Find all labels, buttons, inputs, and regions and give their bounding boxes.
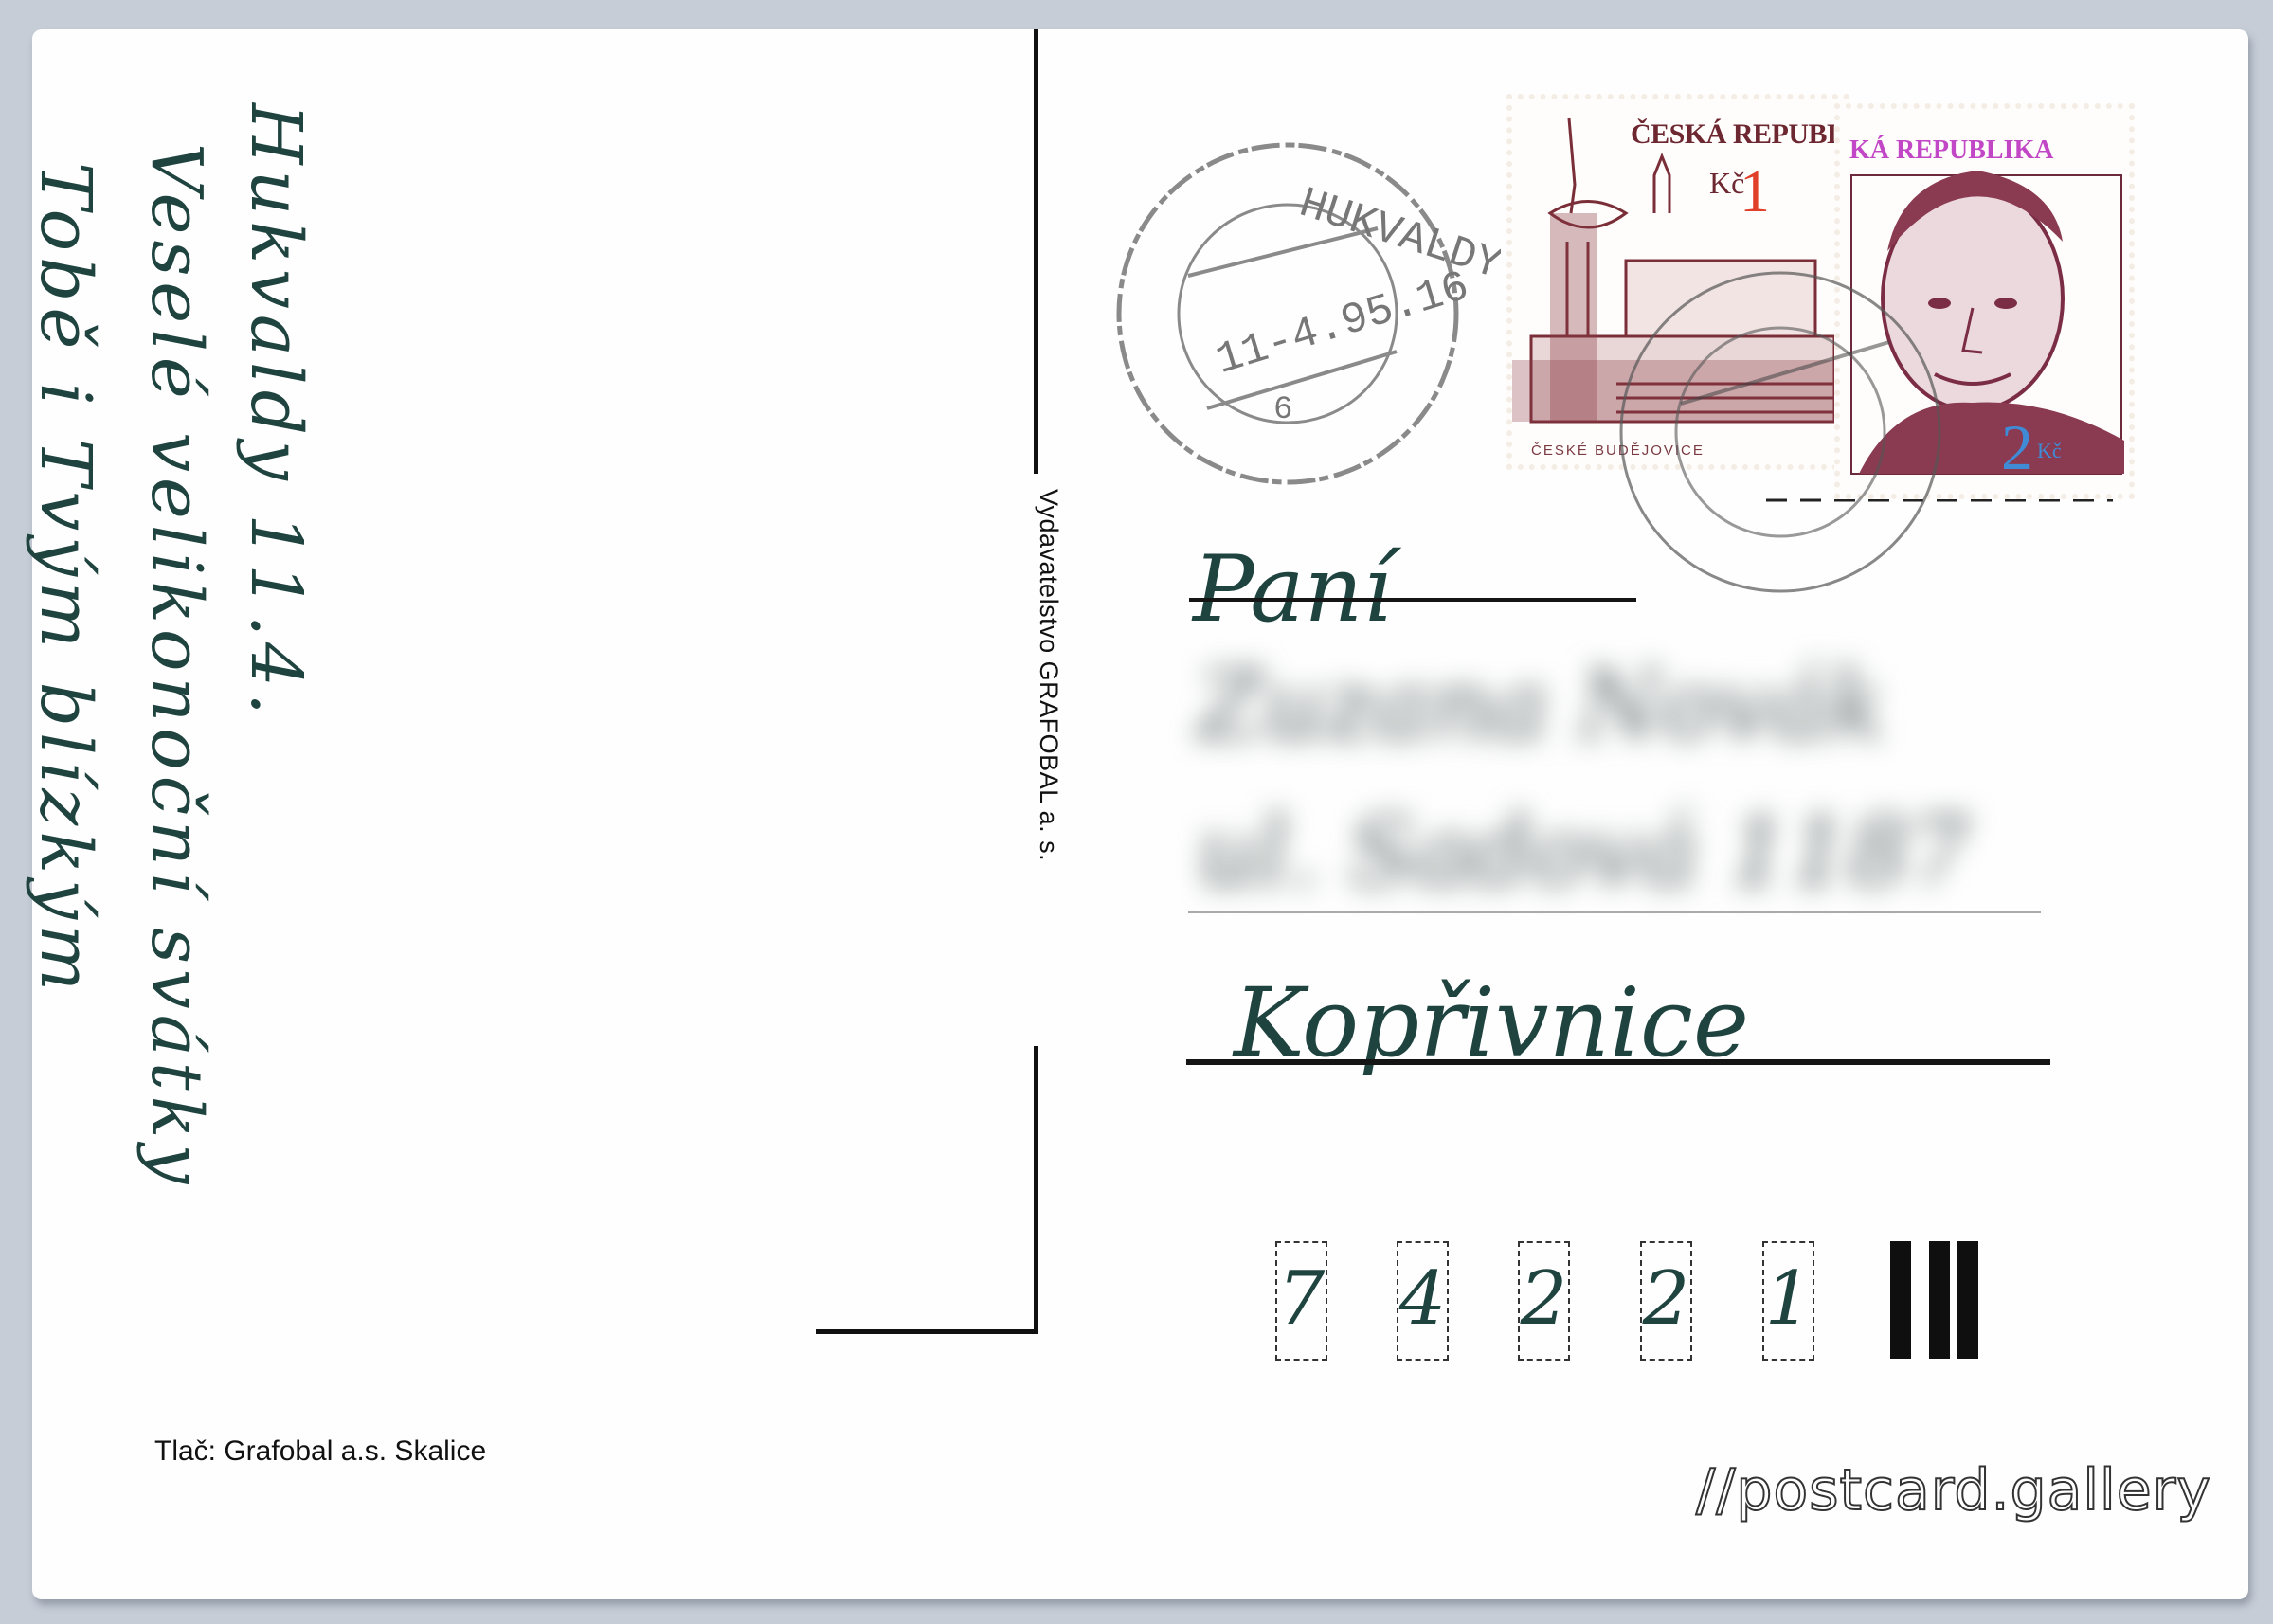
address-line-3-redacted: ul. Sadová 1187 <box>1198 797 1970 908</box>
address-line-city <box>1186 1059 2050 1065</box>
address-line-1 <box>1189 598 1636 602</box>
address-line-2-redacted: Zuzana Novák <box>1198 650 1885 761</box>
sorting-bar-1 <box>1890 1241 1911 1359</box>
postcard-back: Hukvaldy 11.4. Veselé velikonoční svátky… <box>32 29 2248 1599</box>
postmark-town: HUKVALDY <box>1293 179 1501 291</box>
watermark: //postcard.gallery <box>1696 1457 2211 1524</box>
sorting-bar-3 <box>1957 1241 1978 1359</box>
stamp-value: 2 <box>2001 410 2033 485</box>
postal-code-box-4: 2 <box>1640 1241 1692 1361</box>
address-line-3 <box>1188 911 2041 913</box>
stamp-value: 1 <box>1740 156 1770 226</box>
postmark-circle-2 <box>1605 238 1946 617</box>
address-salutation: Paní <box>1193 536 1392 642</box>
postal-code-box-5: 1 <box>1762 1241 1814 1361</box>
postal-code-box-3: 2 <box>1518 1241 1570 1361</box>
postmark-circle: 11-4.95.16 HUKVALDY 6 <box>1103 134 1501 532</box>
sorting-bar-2 <box>1929 1241 1950 1359</box>
postal-code-box-2: 4 <box>1397 1241 1449 1361</box>
postmark-code: 6 <box>1273 392 1292 428</box>
stamp-currency: Kč <box>2037 439 2062 463</box>
postal-code-box-1: 7 <box>1275 1241 1327 1361</box>
